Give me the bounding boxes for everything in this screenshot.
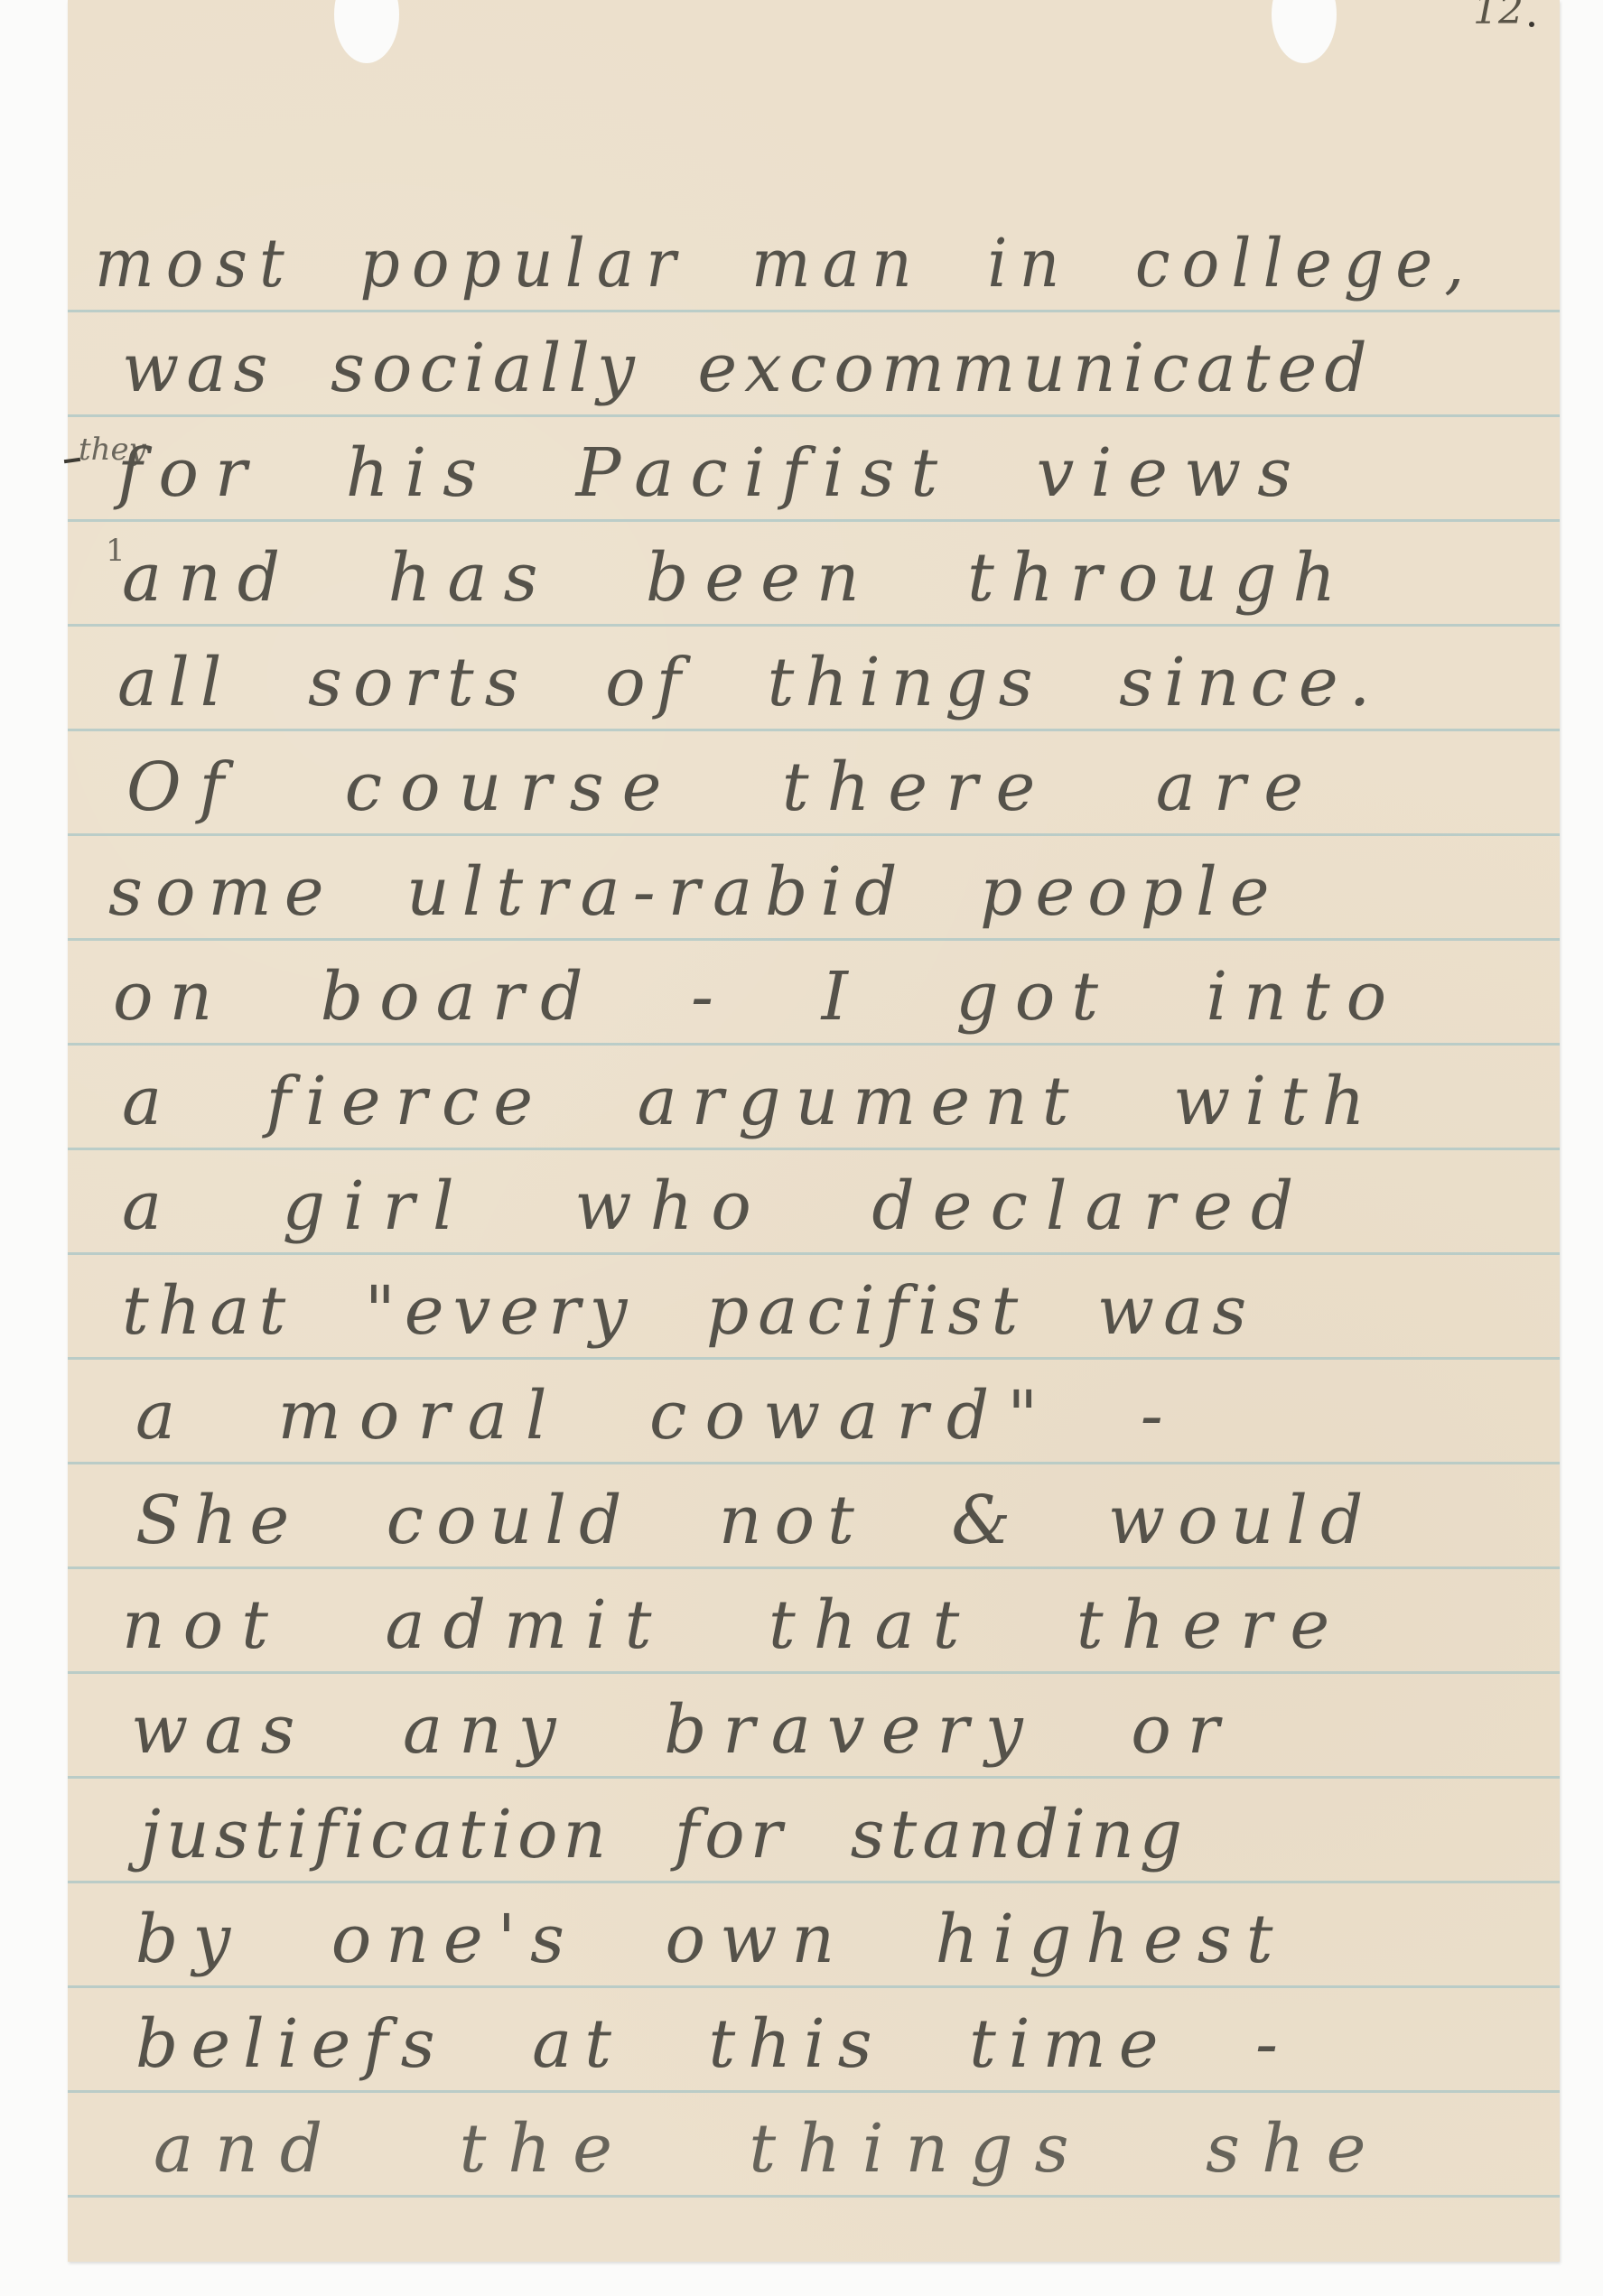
line-text: on board - I got into [113,958,1403,1036]
handwritten-line: by one's own highest [68,1882,1560,1987]
line-text: Of course there are [126,748,1321,826]
punch-hole-right [1272,0,1337,63]
handwritten-line: some ultra-rabid people [68,835,1560,940]
handwritten-line: for his Pacifist views [68,416,1560,521]
line-text: not admit that there [122,1586,1347,1664]
handwritten-line: a girl who declared [68,1149,1560,1254]
handwritten-line: She could not & would [68,1464,1560,1568]
handwritten-line: and the things she [68,2092,1560,2197]
handwritten-line: a moral coward" - [68,1359,1560,1464]
letter-page: 12 they 1 most popular man in college, w… [68,0,1560,2262]
line-text: for his Pacifist views [117,434,1308,512]
handwritten-line: Of course there are [68,730,1560,835]
page-number-dot [1529,22,1534,27]
page-number: 12 [1473,0,1524,33]
line-text: She could not & would [135,1482,1375,1559]
line-text: and has been through [122,539,1352,617]
line-text: a girl who declared [122,1167,1311,1245]
handwritten-line: all sorts of things since. [68,626,1560,730]
line-text: that "every pacifist was [122,1272,1255,1350]
handwritten-line: beliefs at this time - [68,1987,1560,2092]
line-text: a moral coward" - [135,1377,1181,1455]
punch-hole-left [334,0,399,63]
line-text: and the things she [154,2110,1387,2188]
line-text: was socially excommunicated [122,330,1375,407]
line-text: all sorts of things since. [117,644,1381,721]
line-text: some ultra-rabid people [108,853,1282,931]
handwritten-line: was socially excommunicated [68,311,1560,416]
line-text: beliefs at this time - [135,2005,1291,2083]
line-text: justification for standing [140,1796,1188,1873]
handwritten-line: that "every pacifist was [68,1254,1560,1359]
handwritten-line: a fierce argument with [68,1045,1560,1149]
handwritten-line: on board - I got into [68,940,1560,1045]
line-text: most popular man in college, [95,225,1476,302]
handwritten-line: was any bravery or [68,1673,1560,1778]
handwritten-line: and has been through [68,521,1560,626]
handwritten-line: justification for standing [68,1778,1560,1882]
line-text: by one's own highest [135,1901,1287,1978]
handwritten-line: most popular man in college, [68,207,1560,311]
line-text: was any bravery or [131,1691,1235,1769]
handwritten-line: not admit that there [68,1568,1560,1673]
line-text: a fierce argument with [122,1063,1379,1140]
